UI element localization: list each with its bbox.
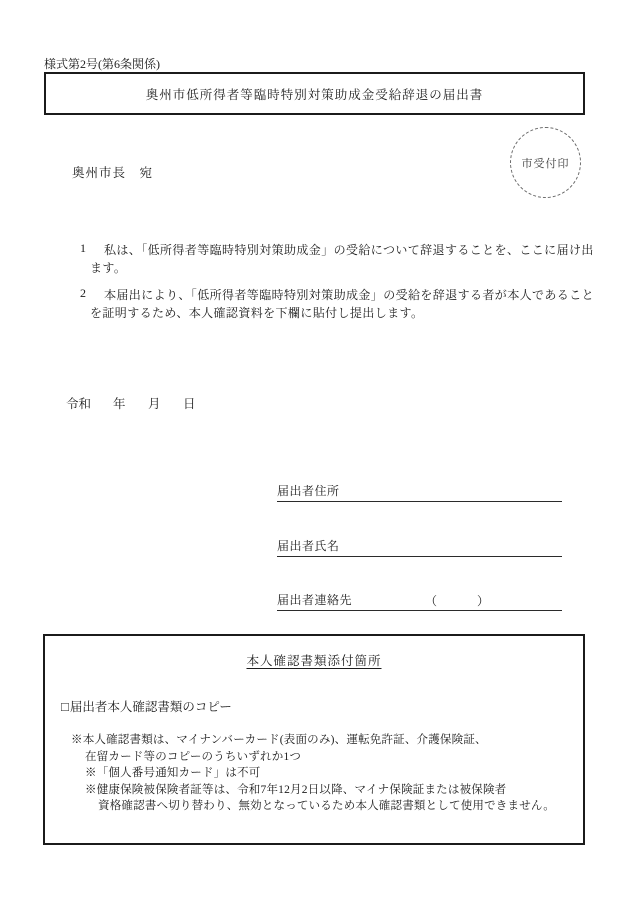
checkbox-icon[interactable]: □: [61, 699, 69, 714]
id-document-attachment-box: 本人確認書類添付箇所 □届出者本人確認書類のコピー ※本人確認書類は、マイナンバ…: [43, 634, 585, 845]
paragraph-2-line-1: 本届出により、「低所得者等臨時特別対策助成金」の受給を辞退する者が本人であること: [104, 286, 594, 303]
city-receipt-stamp-label: 市受付印: [522, 155, 570, 171]
applicant-contact-field: 届出者連絡先 （ ）: [277, 588, 562, 611]
paragraph-2-line-2: を証明するため、本人確認資料を下欄に貼付し提出します。: [90, 304, 423, 321]
addressee-label: 奥州市長 宛: [72, 163, 153, 181]
date-day-label: 日: [183, 394, 196, 412]
page-title: 奥州市低所得者等臨時特別対策助成金受給辞退の届出書: [146, 85, 484, 103]
paragraph-1-number: 1: [80, 241, 86, 256]
applicant-address-field: 届出者住所: [277, 479, 562, 502]
id-copy-checkbox-row[interactable]: □届出者本人確認書類のコピー: [61, 697, 232, 715]
note-line: 資格確認書へ切り替わり、無効となっているため本人確認書類として使用できません。: [98, 797, 555, 813]
note-line: ※本人確認書類は、マイナンバーカード(表面のみ)、運転免許証、介護保険証、: [71, 731, 487, 747]
note-line: ※「個人番号通知カード」は不可: [85, 764, 261, 780]
note-line: ※健康保険被保険者証等は、令和7年12月2日以降、マイナ保険証または被保険者: [85, 781, 506, 797]
id-copy-checkbox-label: 届出者本人確認書類のコピー: [70, 700, 232, 714]
attachment-box-heading: 本人確認書類添付箇所: [45, 651, 583, 669]
date-year-label: 年: [113, 394, 126, 412]
applicant-name-label: 届出者氏名: [277, 537, 340, 554]
applicant-name-blank[interactable]: [340, 534, 562, 554]
paragraph-1-line-2: ます。: [90, 259, 126, 276]
form-page: 様式第2号(第6条関係) 奥州市低所得者等臨時特別対策助成金受給辞退の届出書 奥…: [0, 0, 630, 903]
city-receipt-stamp-circle: 市受付印: [510, 127, 581, 198]
title-box: 奥州市低所得者等臨時特別対策助成金受給辞退の届出書: [44, 72, 585, 115]
applicant-name-field: 届出者氏名: [277, 534, 562, 557]
date-era-label: 令和: [66, 394, 91, 412]
contact-parentheses: （ ）: [425, 592, 490, 609]
applicant-address-blank[interactable]: [340, 479, 562, 499]
form-number-label: 様式第2号(第6条関係): [44, 55, 160, 72]
applicant-address-label: 届出者住所: [277, 482, 340, 499]
note-line: 在留カード等のコピーのうちいずれか1つ: [85, 748, 301, 764]
applicant-contact-label: 届出者連絡先: [277, 591, 352, 608]
paragraph-1-line-1: 私は、「低所得者等臨時特別対策助成金」の受給について辞退することを、ここに届け出: [104, 241, 594, 258]
paragraph-2-number: 2: [80, 286, 86, 301]
date-month-label: 月: [148, 394, 161, 412]
